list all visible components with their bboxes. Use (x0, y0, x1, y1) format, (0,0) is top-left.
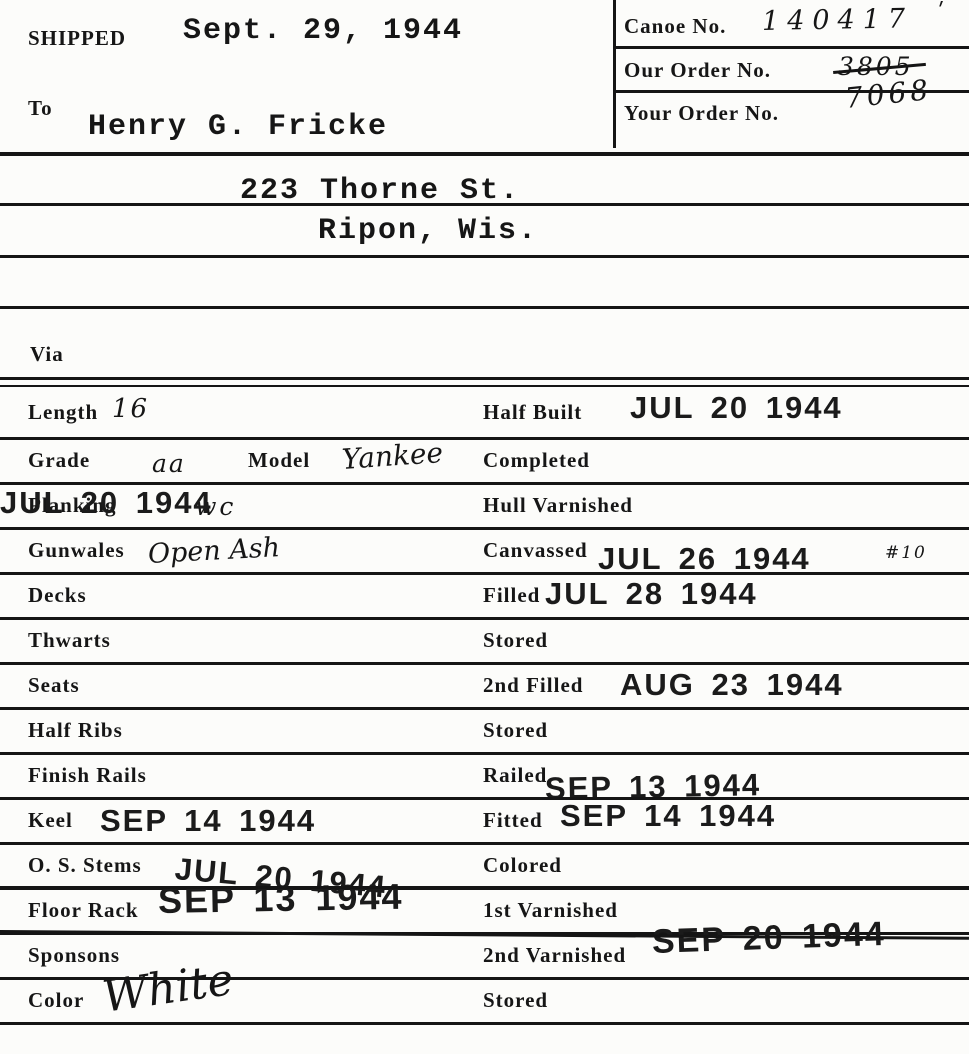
rule-line (0, 255, 969, 258)
field-label: Hull Varnished (483, 493, 633, 518)
pen-tick-mark: ʹ (938, 0, 944, 25)
date-stamp: SEP 13 1944 (158, 876, 404, 922)
build-record-table: Length 16 Half Built JUL 20 1944 Grade a… (0, 388, 969, 1025)
field-label: Half Built (483, 400, 582, 425)
field-label: Floor Rack (28, 898, 139, 923)
date-stamp: SEP 14 1944 (560, 798, 776, 834)
table-row-thwarts: Thwarts Stored (0, 620, 969, 665)
table-row-keel: Keel SEP 14 1944 Fitted SEP 14 1944 (0, 800, 969, 845)
your-order-no-label: Your Order No. (624, 101, 779, 126)
field-label: Seats (28, 673, 80, 698)
field-label: Gunwales (28, 538, 125, 563)
table-row-planking: Planking wc Hull Varnished JUL 20 1944 (0, 485, 969, 530)
field-value-handwritten: Open Ash (147, 532, 281, 570)
table-row-gunwales: Gunwales Open Ash Canvassed JUL 26 1944 … (0, 530, 969, 575)
address-city: Ripon, Wis. (318, 214, 538, 248)
date-stamp: SEP 14 1944 (100, 803, 316, 839)
field-label: Finish Rails (28, 763, 147, 788)
order-box-divider-line (613, 0, 616, 148)
date-stamp: JUL 20 1944 (630, 390, 843, 426)
date-stamp: AUG 23 1944 (620, 667, 844, 703)
table-row-color: Color White Stored (0, 980, 969, 1025)
field-value-handwritten: aa (152, 449, 186, 478)
shipped-label: SHIPPED (28, 26, 126, 51)
date-stamp: JUL 28 1944 (545, 576, 758, 612)
field-label: Completed (483, 448, 590, 473)
table-row-seats: Seats 2nd Filled AUG 23 1944 (0, 665, 969, 710)
address-street: 223 Thorne St. (240, 174, 520, 208)
field-label: Sponsons (28, 943, 120, 968)
recipient-name: Henry G. Fricke (88, 110, 388, 144)
field-label: Stored (483, 628, 548, 653)
table-row-os-stems: O. S. Stems JUL 20 1944 Colored (0, 845, 969, 890)
field-label: Stored (483, 988, 548, 1013)
field-label: Thwarts (28, 628, 111, 653)
field-label: O. S. Stems (28, 853, 142, 878)
field-label: Colored (483, 853, 562, 878)
field-value-handwritten: Yankee (341, 436, 444, 476)
table-row-finish-rails: Finish Rails Railed SEP 13 1944 (0, 755, 969, 800)
field-label: 1st Varnished (483, 898, 618, 923)
field-label: Stored (483, 718, 548, 743)
rule-line (480, 797, 969, 800)
canoe-no-label: Canoe No. (624, 14, 726, 39)
field-label: Decks (28, 583, 87, 608)
field-label: Filled (483, 583, 540, 608)
table-row-grade-model: Grade aa Model Yankee Completed (0, 440, 969, 485)
date-stamp: JUL 20 1944 (0, 485, 213, 521)
field-label: Fitted (483, 808, 543, 833)
field-label: Length (28, 400, 98, 425)
canoe-shipping-record-card: SHIPPED Sept. 29, 1944 To Henry G. Frick… (0, 0, 969, 1054)
to-label: To (28, 96, 53, 121)
field-label: Railed (483, 763, 547, 788)
field-label: Keel (28, 808, 73, 833)
field-label: Color (28, 988, 84, 1013)
field-label: Half Ribs (28, 718, 123, 743)
field-label: Model (248, 448, 310, 473)
rule-line (0, 306, 969, 309)
rule-line (0, 377, 969, 380)
table-row-decks: Decks Filled JUL 28 1944 (0, 575, 969, 620)
rule-line (0, 886, 969, 889)
rule-line (613, 46, 969, 49)
via-label: Via (30, 342, 64, 367)
field-label: 2nd Varnished (483, 943, 626, 968)
field-label: Grade (28, 448, 90, 473)
table-row-half-ribs: Half Ribs Stored (0, 710, 969, 755)
table-row-length: Length 16 Half Built JUL 20 1944 (0, 388, 969, 440)
date-stamp: JUL 26 1944 (598, 541, 811, 577)
rule-line (0, 152, 969, 156)
field-label: Canvassed (483, 538, 588, 563)
handwritten-note: #10 (885, 543, 927, 563)
field-label: 2nd Filled (483, 673, 583, 698)
our-order-no-label: Our Order No. (624, 58, 771, 83)
canoe-no-value: 140417 (762, 3, 914, 37)
field-value-handwritten: 16 (112, 394, 149, 424)
shipped-date-value: Sept. 29, 1944 (183, 14, 463, 48)
rule-line (0, 385, 969, 387)
